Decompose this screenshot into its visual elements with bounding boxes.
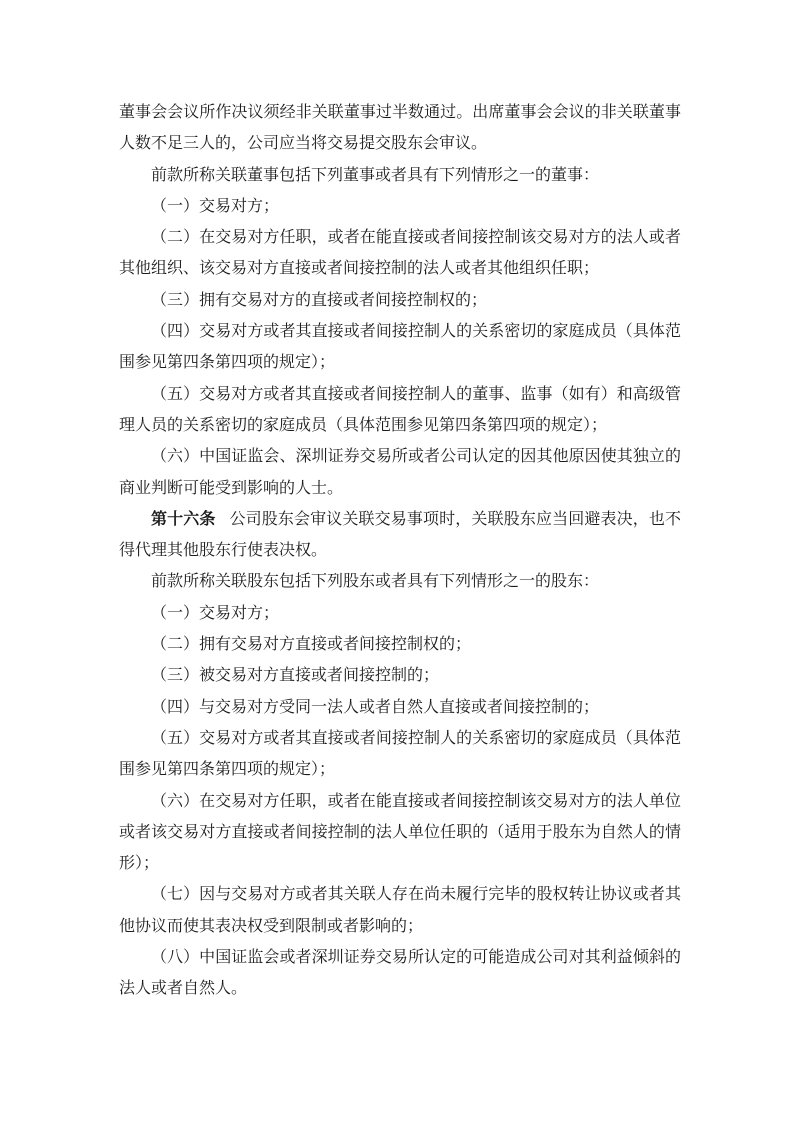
shareholders-item-3: （三）被交易对方直接或者间接控制的； xyxy=(119,660,681,691)
directors-item-4: （四）交易对方或者其直接或者间接控制人的关系密切的家庭成员（具体范围参见第四条第… xyxy=(119,316,681,379)
shareholders-item-5: （五）交易对方或者其直接或者间接控制人的关系密切的家庭成员（具体范围参见第四条第… xyxy=(119,723,681,786)
document-page: 董事会会议所作决议须经非关联董事过半数通过。出席董事会会议的非关联董事人数不足三… xyxy=(0,0,793,1122)
shareholders-item-2: （二）拥有交易对方直接或者间接控制权的； xyxy=(119,629,681,660)
directors-item-2: （二）在交易对方任职，或者在能直接或者间接控制该交易对方的法人或者其他组织、该交… xyxy=(119,222,681,285)
article-16-number: 第十六条 xyxy=(151,511,216,528)
directors-item-1: （一）交易对方； xyxy=(119,191,681,222)
paragraph-related-shareholders-intro: 前款所称关联股东包括下列股东或者具有下列情形之一的股东： xyxy=(119,566,681,597)
document-text-block: 董事会会议所作决议须经非关联董事过半数通过。出席董事会会议的非关联董事人数不足三… xyxy=(119,97,681,1005)
directors-item-6: （六）中国证监会、深圳证券交易所或者公司认定的因其他原因使其独立的商业判断可能受… xyxy=(119,441,681,504)
paragraph-related-directors-intro: 前款所称关联董事包括下列董事或者具有下列情形之一的董事： xyxy=(119,160,681,191)
shareholders-item-6: （六）在交易对方任职，或者在能直接或者间接控制该交易对方的法人单位或者该交易对方… xyxy=(119,786,681,880)
shareholders-item-8: （八）中国证监会或者深圳证券交易所认定的可能造成公司对其利益倾斜的法人或者自然人… xyxy=(119,942,681,1005)
article-16-clause: 第十六条公司股东会审议关联交易事项时，关联股东应当回避表决，也不得代理其他股东行… xyxy=(119,504,681,567)
shareholders-item-7: （七）因与交易对方或者其关联人存在尚未履行完毕的股权转让协议或者其他协议而使其表… xyxy=(119,879,681,942)
directors-item-5: （五）交易对方或者其直接或者间接控制人的董事、监事（如有）和高级管理人员的关系密… xyxy=(119,379,681,442)
shareholders-item-4: （四）与交易对方受同一法人或者自然人直接或者间接控制的； xyxy=(119,692,681,723)
shareholders-item-1: （一）交易对方； xyxy=(119,598,681,629)
directors-item-3: （三）拥有交易对方的直接或者间接控制权的； xyxy=(119,285,681,316)
paragraph-continuation-directors-vote: 董事会会议所作决议须经非关联董事过半数通过。出席董事会会议的非关联董事人数不足三… xyxy=(119,97,681,160)
